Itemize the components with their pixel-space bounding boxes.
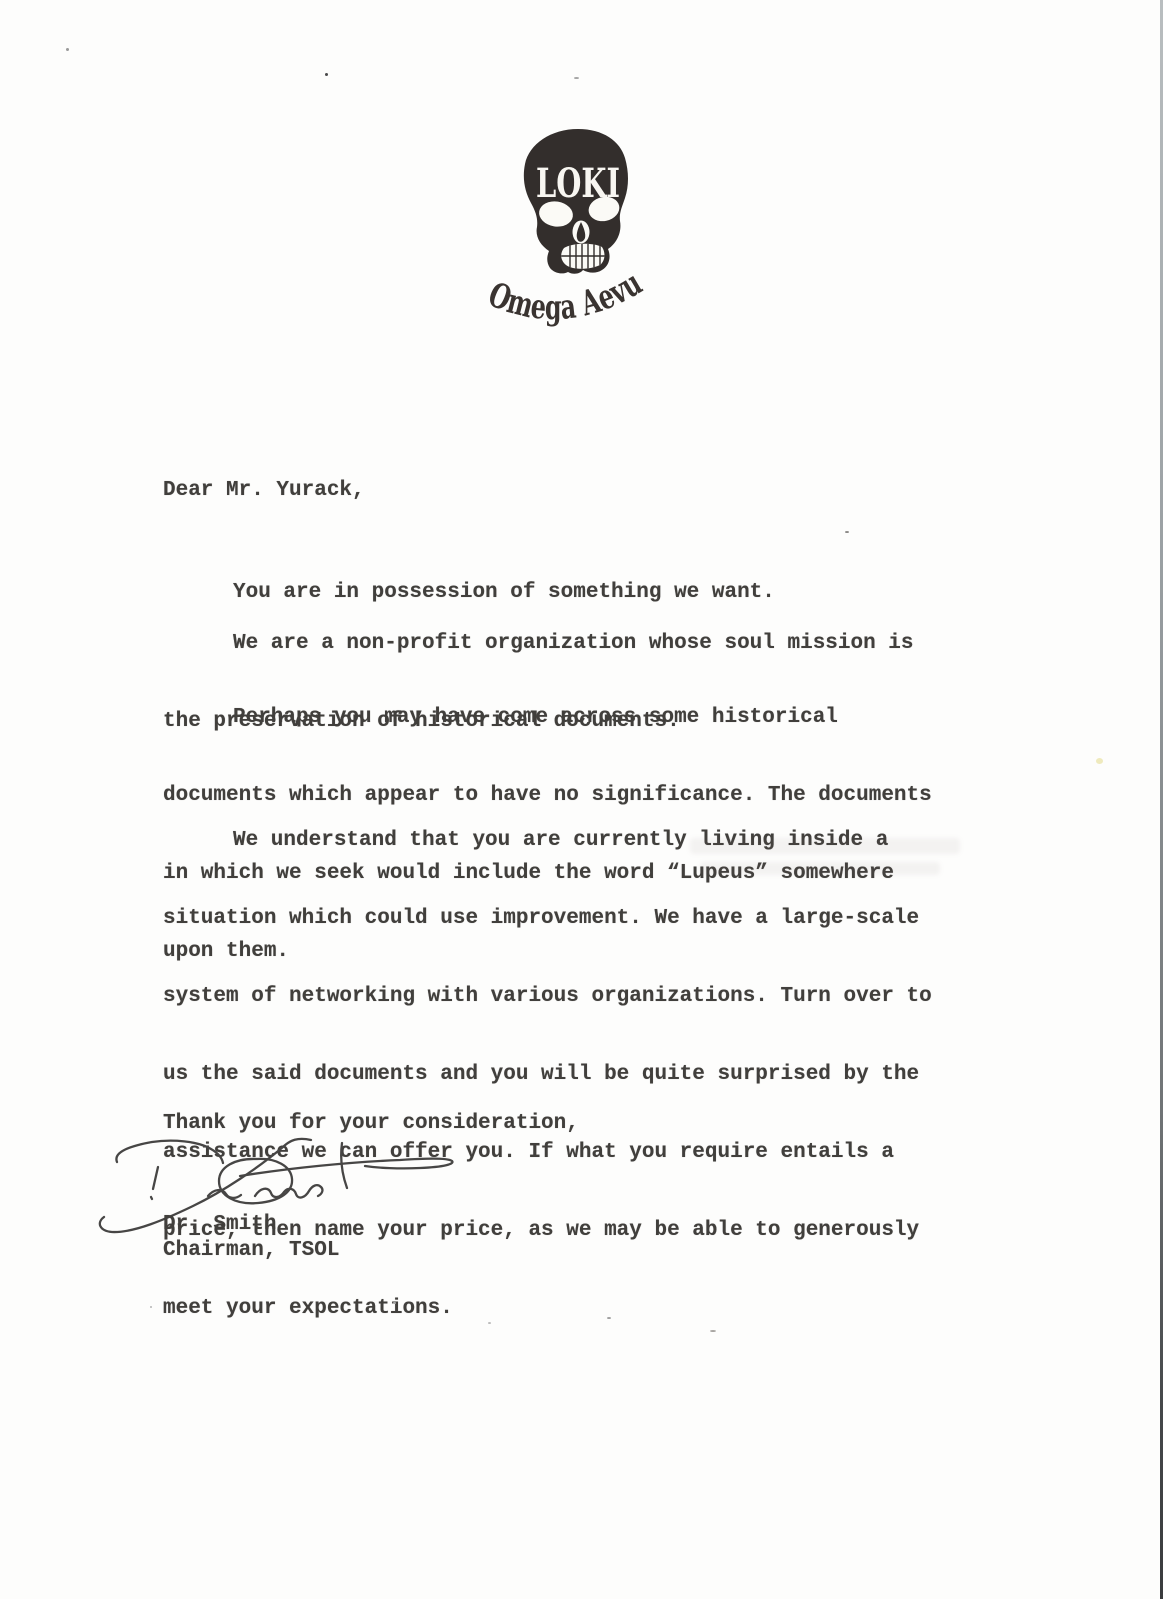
scan-speck	[845, 531, 849, 533]
scan-speck	[574, 77, 579, 79]
scan-speck	[393, 1302, 396, 1304]
scan-speck	[150, 1306, 152, 1308]
signer-title: Chairman, TSOL	[163, 1238, 339, 1264]
scan-speck	[1096, 758, 1103, 764]
scan-speck	[607, 1317, 611, 1319]
paragraph-line: situation which could use improvement. W…	[163, 906, 932, 932]
salutation: Dear Mr. Yurack,	[163, 478, 365, 504]
scan-smear	[700, 862, 940, 875]
signature-stroke	[153, 1167, 158, 1189]
signer-name: Dr. Smith	[163, 1212, 276, 1238]
scan-speck	[66, 48, 69, 51]
signature-stroke	[151, 1197, 152, 1199]
skull-stamp-logo: LOKI Omega Aevum	[450, 118, 710, 340]
paragraph-line: system of networking with various organi…	[163, 984, 932, 1010]
paragraph-line: meet your expectations.	[163, 1296, 932, 1322]
scan-smear	[690, 838, 960, 854]
scan-speck	[488, 1322, 491, 1324]
scan-speck	[710, 1330, 716, 1332]
signature-stroke	[341, 1143, 347, 1188]
skull-forehead-text: LOKI	[536, 160, 620, 207]
paragraph-line: us the said documents and you will be qu…	[163, 1062, 932, 1088]
letter-sheet: LOKI Omega Aevum Dear Mr. Yurack, You ar…	[0, 0, 1163, 1599]
scan-speck	[325, 73, 328, 76]
signature-stroke	[116, 1141, 223, 1163]
paragraph-line: Perhaps you may have come across some hi…	[163, 705, 932, 731]
